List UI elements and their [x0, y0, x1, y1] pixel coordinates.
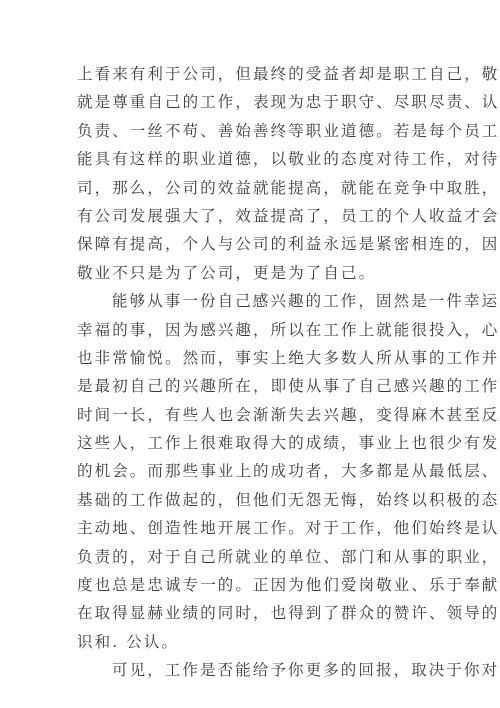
text-line: 也非常愉悦。然而，事实上绝大多数人所从事的工作并不	[77, 344, 417, 372]
text-line: 敬业不只是为了公司，更是为了自己。	[77, 259, 417, 287]
text-line: 就是尊重自己的工作，表现为忠于职守、尽职尽责、认真	[77, 88, 417, 116]
text-line: 上看来有利于公司，但最终的受益者却是职工自己，敬业	[77, 60, 417, 88]
text-line: 保障有提高，个人与公司的利益永远是紧密相连的，因此，	[77, 230, 417, 258]
text-line: 能够从事一份自己感兴趣的工作，固然是一件幸运而	[77, 287, 417, 315]
text-line: 负责、一丝不苟、善始善终等职业道德。若是每个员工都	[77, 117, 417, 145]
text-line: 在取得显赫业绩的同时，也得到了群众的赞许、领导的赏	[77, 599, 417, 627]
text-line: 基础的工作做起的，但他们无怨无悔，始终以积极的态度，	[77, 486, 417, 514]
body-text: 上看来有利于公司，但最终的受益者却是职工自己，敬业 就是尊重自己的工作，表现为忠…	[77, 60, 417, 685]
text-line: 可见，工作是否能给予你更多的回报，取决于你对它	[77, 656, 417, 684]
text-line: 司，那么，公司的效益就能提高，就能在竞争中取胜，只	[77, 174, 417, 202]
text-line: 负责的，对于自己所就业的单位、部门和从事的职业，态	[77, 543, 417, 571]
text-line: 这些人，工作上很难取得大的成绩，事业上也很少有发展	[77, 429, 417, 457]
text-line: 时间一长，有些人也会渐渐失去兴趣，变得麻木甚至反感。	[77, 401, 417, 429]
text-line: 是最初自己的兴趣所在，即使从事了自己感兴趣的工作，	[77, 372, 417, 400]
text-line: 度也总是忠诚专一的。正因为他们爱岗敬业、乐于奉献，	[77, 571, 417, 599]
document-page: 上看来有利于公司，但最终的受益者却是职工自己，敬业 就是尊重自己的工作，表现为忠…	[0, 0, 500, 708]
text-line: 主动地、创造性地开展工作。对于工作，他们始终是认真	[77, 514, 417, 542]
text-line: 有公司发展强大了，效益提高了，员工的个人收益才会有	[77, 202, 417, 230]
text-line: 识和. 公认。	[77, 628, 417, 656]
text-line: 的机会。而那些事业上的成功者，大多都是从最低层、最	[77, 457, 417, 485]
text-line: 能具有这样的职业道德，以敬业的态度对待工作，对待公	[77, 145, 417, 173]
text-line: 幸福的事，因为感兴趣，所以在工作上就能很投入，心情	[77, 316, 417, 344]
